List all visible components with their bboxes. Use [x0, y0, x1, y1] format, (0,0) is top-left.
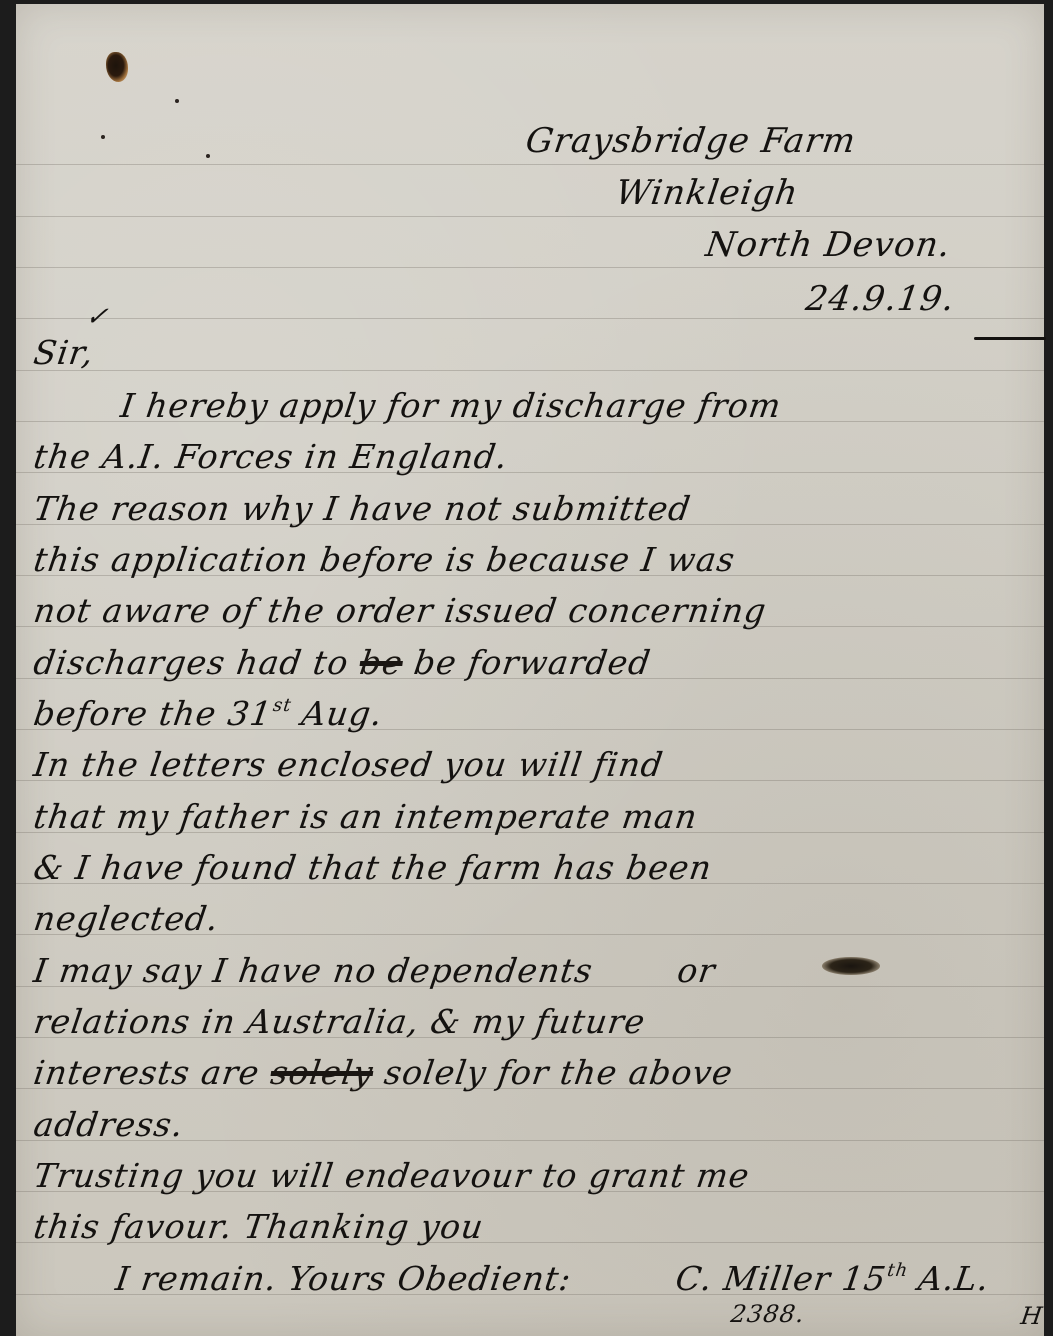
- closing: I remain. Yours Obedient:: [114, 1262, 574, 1295]
- ruled-line: [16, 370, 1044, 371]
- paper-speck: [175, 99, 179, 103]
- check-mark: ✓: [84, 304, 110, 330]
- body-line-14-text: interests are: [31, 1053, 262, 1092]
- ordinal-suffix: th: [886, 1260, 910, 1281]
- body-line-12-rest: or: [675, 951, 718, 990]
- paper-speck: [206, 154, 210, 158]
- body-line-6: discharges had to be be forwarded: [32, 646, 653, 679]
- unit-sub: H: [1019, 1304, 1044, 1328]
- address-line-2: Winkleigh: [614, 176, 801, 210]
- body-line-7-text: before the 31: [31, 694, 275, 733]
- body-line-12-text: I may say I have no dependents: [31, 951, 595, 990]
- salutation: Sir,: [32, 336, 96, 369]
- body-line-17: this favour. Thanking you: [32, 1210, 486, 1243]
- struck-word: be: [357, 643, 405, 682]
- letter-page: Graysbridge Farm Winkleigh North Devon. …: [16, 4, 1044, 1336]
- paper-speck: [101, 135, 105, 139]
- body-line-6-text: discharges had to: [31, 643, 351, 682]
- body-line-7: before the 31st Aug.: [32, 697, 385, 730]
- body-line-12: I may say I have no dependents or: [32, 954, 718, 987]
- signature-name: C. Miller 15: [673, 1259, 889, 1298]
- address-line-1: Graysbridge Farm: [524, 124, 859, 158]
- burn-hole-mark: [106, 52, 128, 82]
- body-line-1: I hereby apply for my discharge from: [119, 389, 784, 422]
- body-line-15: address.: [32, 1108, 186, 1141]
- body-line-5: not aware of the order issued concerning: [32, 594, 769, 627]
- body-line-6-rest: be forwarded: [411, 643, 653, 682]
- service-number: 2388.: [729, 1302, 806, 1326]
- unit-abbrev: A.L.: [916, 1259, 992, 1298]
- ruled-line: [16, 164, 1044, 165]
- body-line-16: Trusting you will endeavour to grant me: [32, 1159, 752, 1192]
- body-line-8: In the letters enclosed you will find: [32, 748, 666, 781]
- body-line-13: relations in Australia, & my future: [32, 1005, 648, 1038]
- body-line-10: & I have found that the farm has been: [32, 851, 715, 884]
- address-line-3: North Devon.: [704, 228, 953, 262]
- body-line-3: The reason why I have not submitted: [32, 492, 693, 525]
- letter-date: 24.9.19.: [804, 282, 957, 316]
- body-line-14: interests are solely solely for the abov…: [32, 1056, 736, 1089]
- body-line-2: the A.I. Forces in England.: [32, 440, 511, 473]
- signature: C. Miller 15th A.L.: [674, 1262, 992, 1295]
- body-line-4: this application before is because I was: [32, 543, 738, 576]
- ruled-line: [16, 267, 1044, 268]
- ruled-line: [16, 216, 1044, 217]
- month: Aug.: [299, 694, 385, 733]
- body-line-14-rest: solely for the above: [382, 1053, 736, 1092]
- struck-word: solely: [268, 1053, 376, 1092]
- body-line-11: neglected.: [32, 902, 222, 935]
- date-underline: [974, 337, 1046, 340]
- ink-blot: [822, 957, 880, 975]
- body-line-9: that my father is an intemperate man: [32, 800, 700, 833]
- ordinal-suffix: st: [272, 695, 293, 716]
